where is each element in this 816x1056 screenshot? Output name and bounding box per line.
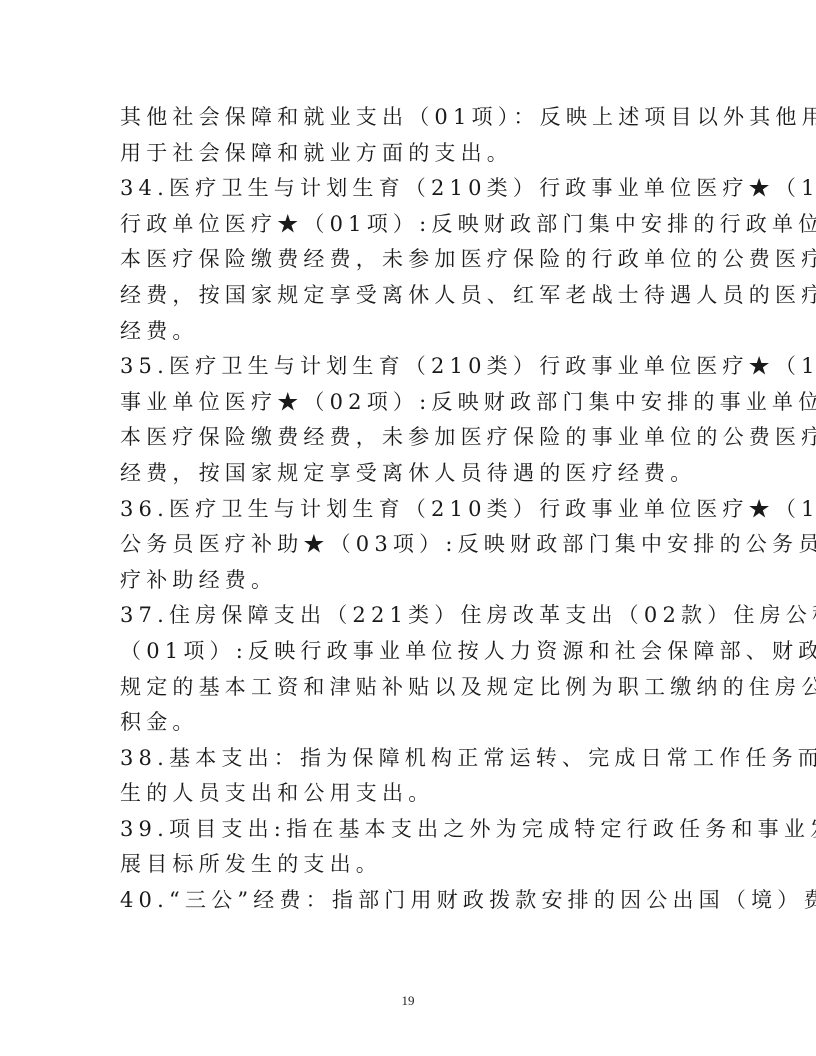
text-line: 35.医疗卫生与计划生育（210类）行政事业单位医疗★（11款）: [120, 349, 698, 385]
text-line: 规定的基本工资和津贴补贴以及规定比例为职工缴纳的住房公: [120, 670, 698, 706]
text-line: 39.项目支出:指在基本支出之外为完成特定行政任务和事业发: [120, 812, 698, 848]
text-line: 37.住房保障支出（221类）住房改革支出（02款）住房公积金: [120, 598, 698, 634]
paragraph-item-35: 35.医疗卫生与计划生育（210类）行政事业单位医疗★（11款） 事业单位医疗★…: [120, 349, 698, 491]
text-line: 行政单位医疗★（01项）:反映财政部门集中安排的行政单位基: [120, 207, 698, 243]
text-line: 38.基本支出：指为保障机构正常运转、完成日常工作任务而发: [120, 741, 698, 777]
paragraph-item-38: 38.基本支出：指为保障机构正常运转、完成日常工作任务而发 生的人员支出和公用支…: [120, 741, 698, 812]
paragraph-item-34: 34.医疗卫生与计划生育（210类）行政事业单位医疗★（11款） 行政单位医疗★…: [120, 171, 698, 349]
text-line: 36.医疗卫生与计划生育（210类）行政事业单位医疗★（11款）: [120, 492, 698, 528]
text-line: 展目标所发生的支出。: [120, 847, 698, 883]
text-line: （01项）:反映行政事业单位按人力资源和社会保障部、财政部: [120, 634, 698, 670]
text-line: 经费，按国家规定享受离休人员、红军老战士待遇人员的医疗: [120, 278, 698, 314]
text-line: 经费。: [120, 314, 698, 350]
text-line: 40.“三公”经费：指部门用财政拨款安排的因公出国（境）费、: [120, 883, 698, 919]
document-body: 其他社会保障和就业支出（01项）：反映上述项目以外其他用 用于社会保障和就业方面…: [120, 100, 698, 919]
paragraph-item-40: 40.“三公”经费：指部门用财政拨款安排的因公出国（境）费、: [120, 883, 698, 919]
text-line: 生的人员支出和公用支出。: [120, 776, 698, 812]
text-line: 本医疗保险缴费经费，未参加医疗保险的事业单位的公费医疗: [120, 420, 698, 456]
text-line: 疗补助经费。: [120, 563, 698, 599]
text-line: 公务员医疗补助★（03项）:反映财政部门集中安排的公务员医: [120, 527, 698, 563]
document-page: 其他社会保障和就业支出（01项）：反映上述项目以外其他用 用于社会保障和就业方面…: [0, 0, 816, 1056]
paragraph-item-39: 39.项目支出:指在基本支出之外为完成特定行政任务和事业发 展目标所发生的支出。: [120, 812, 698, 883]
text-line: 用于社会保障和就业方面的支出。: [120, 136, 698, 172]
text-line: 34.医疗卫生与计划生育（210类）行政事业单位医疗★（11款）: [120, 171, 698, 207]
text-line: 本医疗保险缴费经费，未参加医疗保险的行政单位的公费医疗: [120, 242, 698, 278]
paragraph-item-36: 36.医疗卫生与计划生育（210类）行政事业单位医疗★（11款） 公务员医疗补助…: [120, 492, 698, 599]
text-line: 其他社会保障和就业支出（01项）：反映上述项目以外其他用: [120, 100, 698, 136]
paragraph-item-37: 37.住房保障支出（221类）住房改革支出（02款）住房公积金 （01项）:反映…: [120, 598, 698, 740]
text-line: 经费，按国家规定享受离休人员待遇的医疗经费。: [120, 456, 698, 492]
page-number: 19: [0, 993, 816, 1009]
text-line: 积金。: [120, 705, 698, 741]
text-line: 事业单位医疗★（02项）:反映财政部门集中安排的事业单位基: [120, 385, 698, 421]
paragraph-other-social-security: 其他社会保障和就业支出（01项）：反映上述项目以外其他用 用于社会保障和就业方面…: [120, 100, 698, 171]
